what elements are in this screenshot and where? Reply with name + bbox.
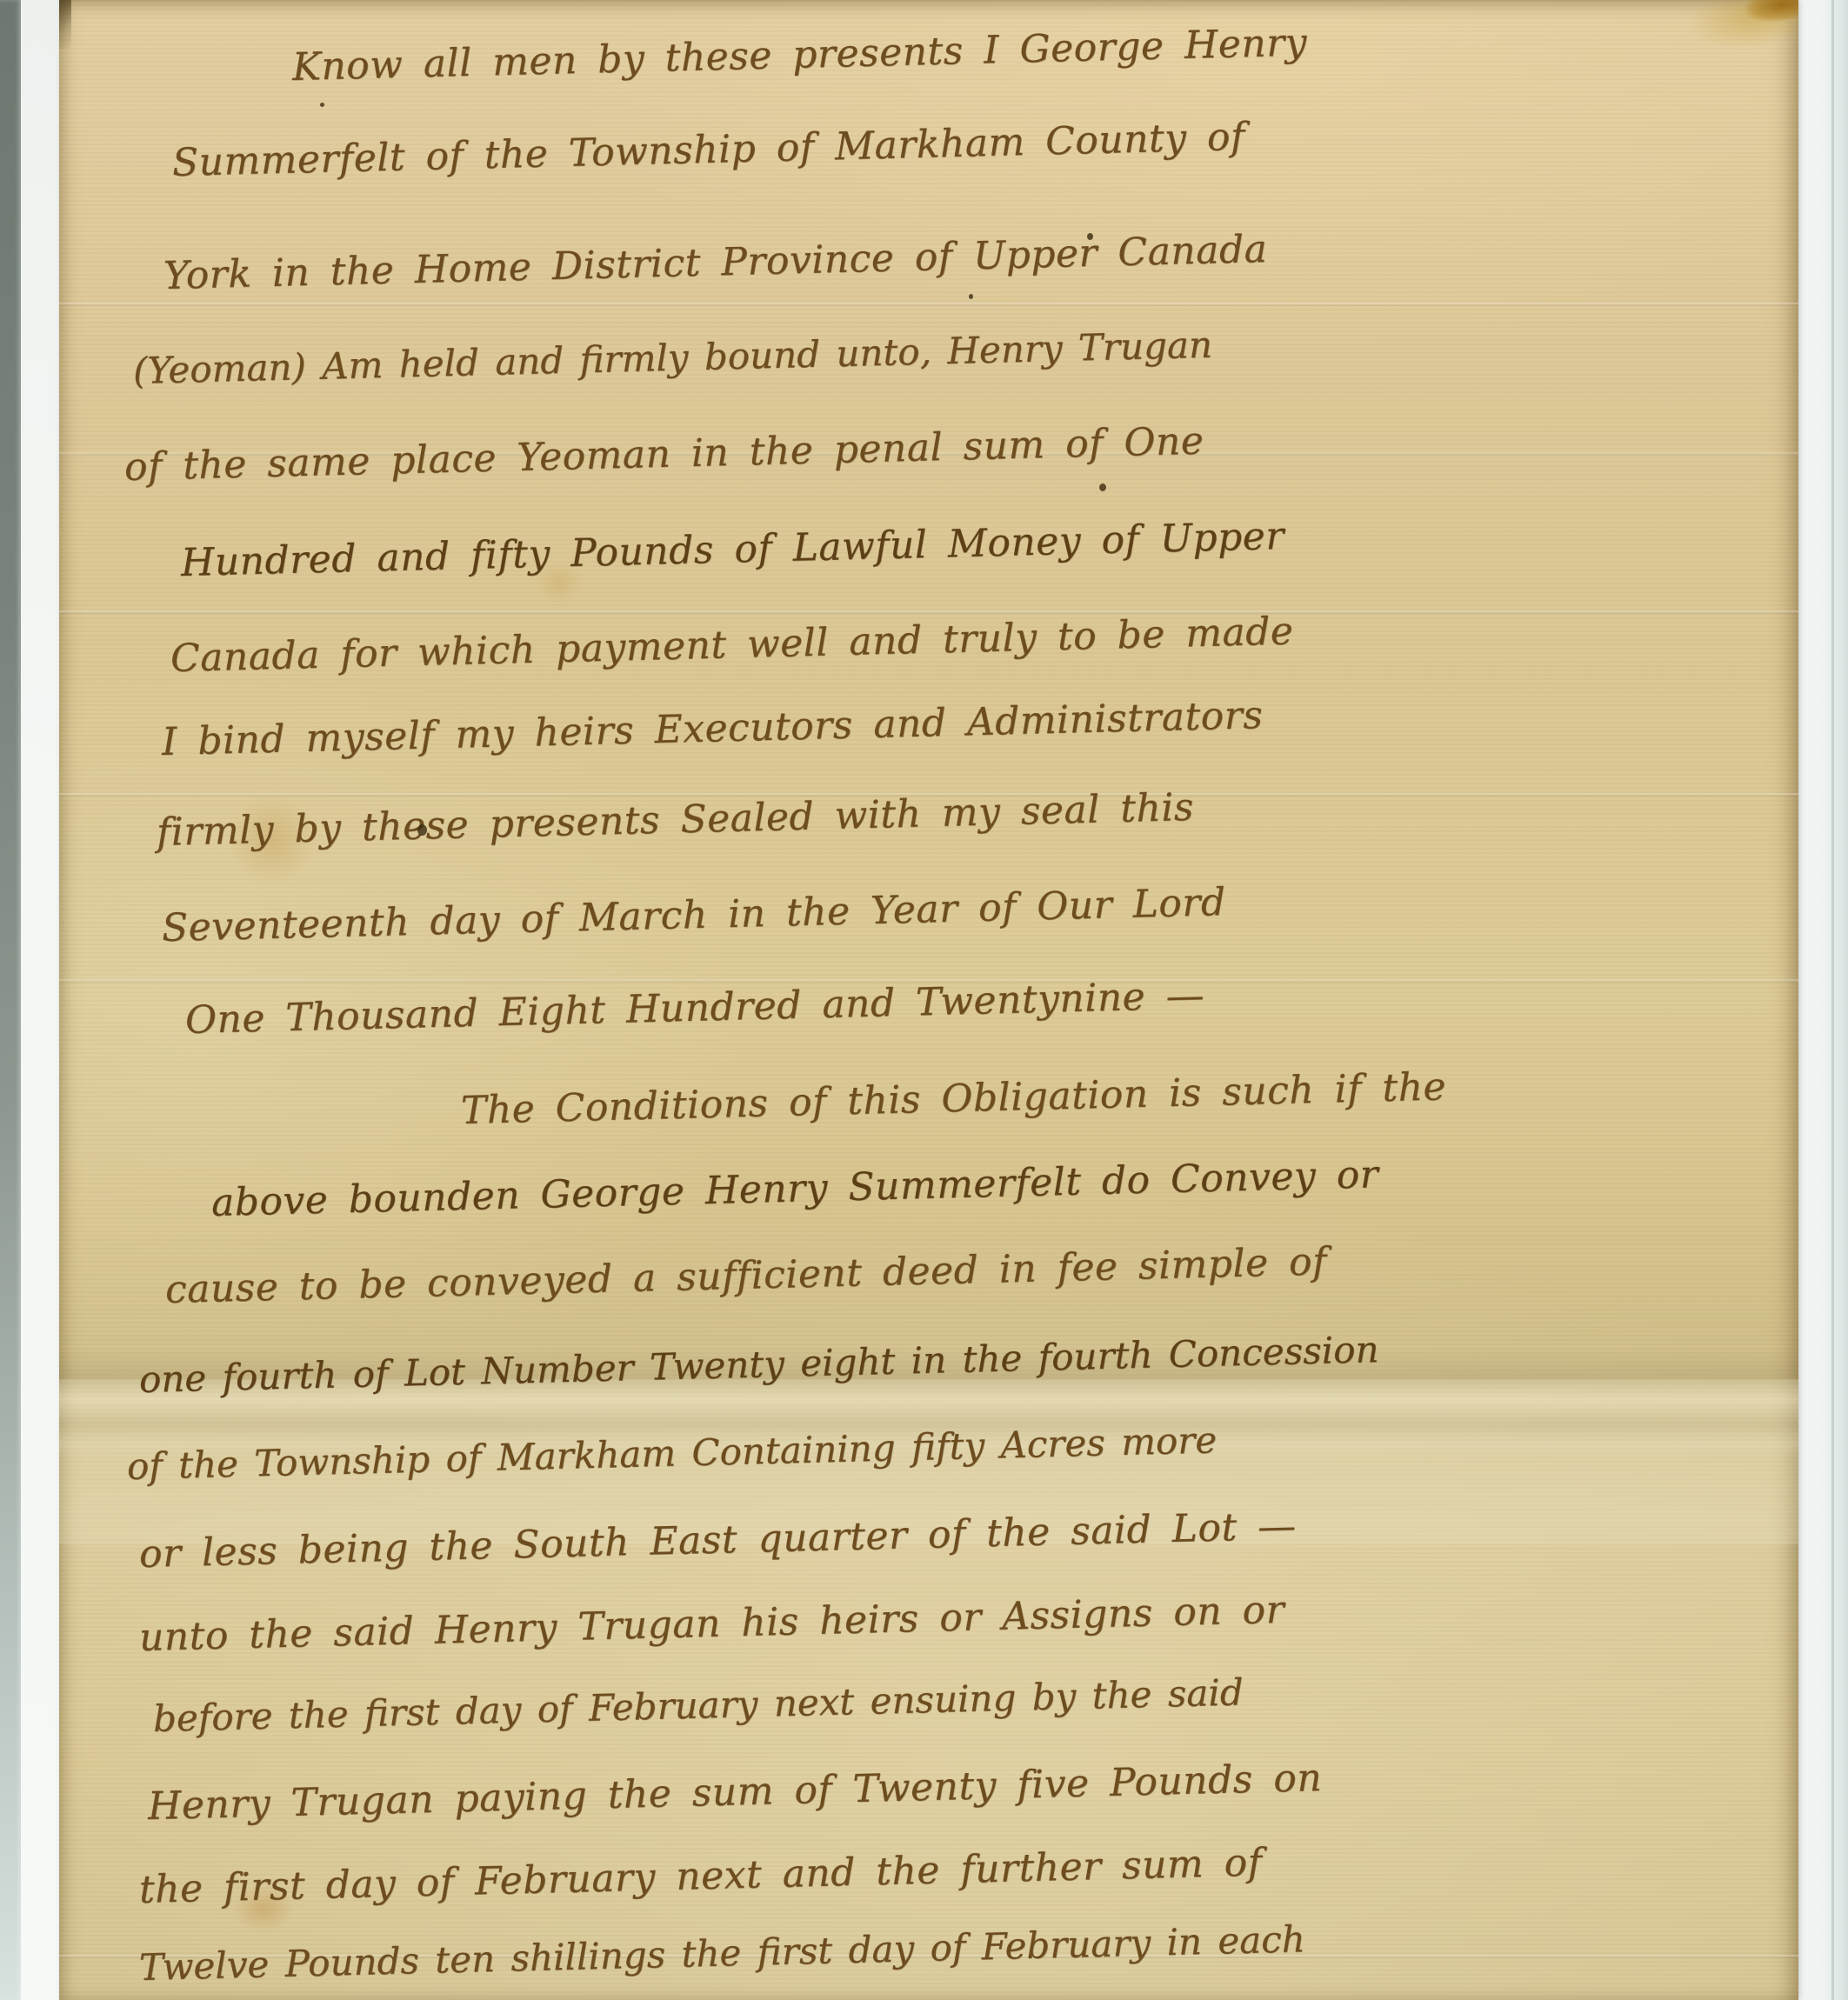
scanner-bed-edge-line bbox=[1831, 0, 1834, 2000]
scanned-document: Know all men by these presents I George … bbox=[0, 0, 1848, 2000]
handwritten-line: York in the Home District Province of Up… bbox=[163, 227, 1268, 298]
scanner-bed-left bbox=[0, 0, 21, 2000]
handwritten-line: Canada for which payment well and truly … bbox=[170, 609, 1294, 681]
ink-blot bbox=[1087, 233, 1093, 240]
handwritten-line: above bounden George Henry Summerfelt do… bbox=[210, 1152, 1378, 1225]
handwritten-line: of the same place Yeoman in the penal su… bbox=[123, 419, 1204, 490]
document-page: Know all men by these presents I George … bbox=[59, 0, 1798, 2000]
fold-crease bbox=[59, 610, 1798, 614]
paper-stain bbox=[1677, 0, 1798, 62]
handwritten-line: One Thousand Eight Hundred and Twentynin… bbox=[184, 973, 1204, 1043]
ink-blot bbox=[320, 103, 324, 107]
fold-crease bbox=[59, 303, 1798, 306]
handwritten-line: cause to be conveyed a sufficient deed i… bbox=[164, 1239, 1327, 1312]
handwritten-line: The Conditions of this Obligation is suc… bbox=[460, 1064, 1446, 1133]
handwritten-line: Henry Trugan paying the sum of Twenty fi… bbox=[147, 1756, 1322, 1829]
handwritten-line: before the first day of February next en… bbox=[152, 1670, 1244, 1740]
ink-blot bbox=[969, 294, 973, 299]
handwritten-line: unto the said Henry Trugan his heirs or … bbox=[138, 1588, 1284, 1660]
handwritten-line: I bind myself my heirs Executors and Adm… bbox=[161, 693, 1264, 764]
handwritten-line: the first day of February next and the f… bbox=[138, 1840, 1263, 1912]
scanner-bed-white-strip bbox=[21, 0, 59, 2000]
handwritten-line: Summerfelt of the Township of Markham Co… bbox=[171, 115, 1245, 185]
handwritten-line: Seventeenth day of March in the Year of … bbox=[161, 880, 1226, 950]
handwritten-line: (Yeoman) Am held and firmly bound unto, … bbox=[132, 323, 1212, 392]
handwritten-line: Twelve Pounds ten shillings the first da… bbox=[138, 1917, 1305, 1989]
handwritten-line: Know all men by these presents I George … bbox=[291, 20, 1307, 90]
ink-blot bbox=[417, 824, 427, 836]
scanner-bed-right bbox=[1798, 0, 1848, 2000]
paper-corner-fold bbox=[59, 0, 71, 49]
ink-blot bbox=[1099, 483, 1106, 491]
handwritten-line: Hundred and fifty Pounds of Lawful Money… bbox=[180, 514, 1284, 585]
